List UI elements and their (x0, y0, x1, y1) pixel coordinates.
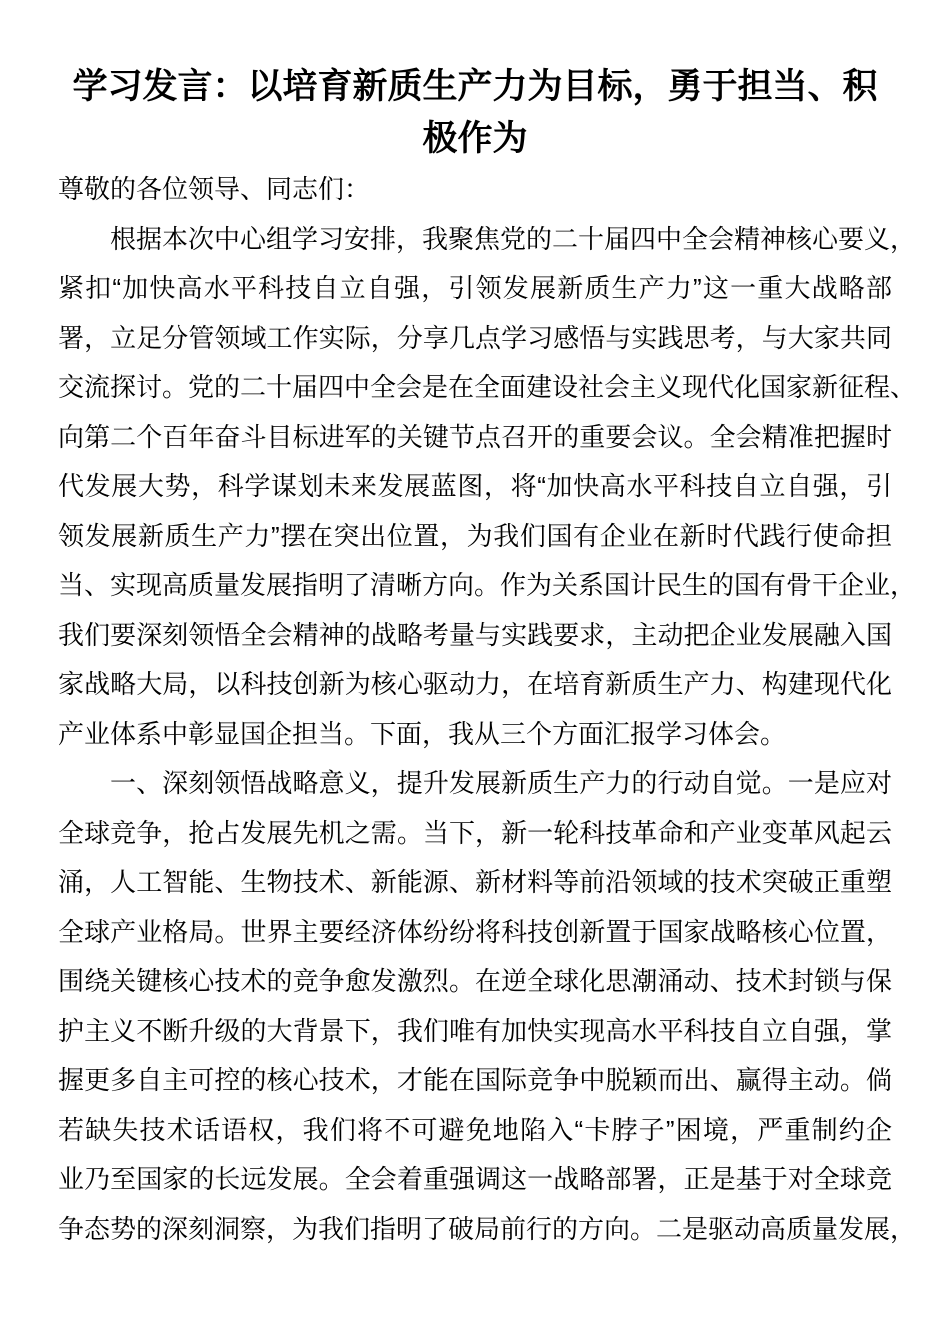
text-line: 一、深刻领悟战略意义，提升发展新质生产力的行动自觉。一是应对 (58, 759, 892, 809)
text-line: 业乃至国家的长远发展。全会着重强调这一战略部署，正是基于对全球竞 (58, 1155, 892, 1205)
text-line: 涌，人工智能、生物技术、新能源、新材料等前沿领域的技术突破正重塑 (58, 858, 892, 908)
text-line: 根据本次中心组学习安排，我聚焦党的二十届四中全会精神核心要义， (58, 215, 892, 265)
text-line: 护主义不断升级的大背景下，我们唯有加快实现高水平科技自立自强，掌 (58, 1007, 892, 1057)
text-line: 握更多自主可控的核心技术，才能在国际竞争中脱颖而出、赢得主动。倘 (58, 1056, 892, 1106)
text-line: 紧扣“加快高水平科技自立自强，引领发展新质生产力”这一重大战略部 (58, 264, 892, 314)
text-line: 全球竞争，抢占发展先机之需。当下，新一轮科技革命和产业变革风起云 (58, 809, 892, 859)
text-line: 交流探讨。党的二十届四中全会是在全面建设社会主义现代化国家新征程、 (58, 363, 892, 413)
greeting-line: 尊敬的各位领导、同志们： (58, 165, 892, 215)
text-line: 当、实现高质量发展指明了清晰方向。作为关系国计民生的国有骨干企业， (58, 561, 892, 611)
text-line: 我们要深刻领悟全会精神的战略考量与实践要求，主动把企业发展融入国 (58, 611, 892, 661)
text-line: 产业体系中彰显国企担当。下面，我从三个方面汇报学习体会。 (58, 710, 892, 760)
text-line: 若缺失技术话语权，我们将不可避免地陷入“卡脖子”困境，严重制约企 (58, 1106, 892, 1156)
text-line: 向第二个百年奋斗目标进军的关键节点召开的重要会议。全会精准把握时 (58, 413, 892, 463)
text-line: 争态势的深刻洞察，为我们指明了破局前行的方向。二是驱动高质量发展， (58, 1205, 892, 1255)
text-line: 围绕关键核心技术的竞争愈发激烈。在逆全球化思潮涌动、技术封锁与保 (58, 957, 892, 1007)
paragraphs: 根据本次中心组学习安排，我聚焦党的二十届四中全会精神核心要义，紧扣“加快高水平科… (58, 215, 892, 1255)
text-line: 代发展大势，科学谋划未来发展蓝图，将“加快高水平科技自立自强，引 (58, 462, 892, 512)
document-title: 学习发言：以培育新质生产力为目标，勇于担当、积极作为 (58, 61, 892, 165)
text-line: 全球产业格局。世界主要经济体纷纷将科技创新置于国家战略核心位置， (58, 908, 892, 958)
text-line: 领发展新质生产力”摆在突出位置，为我们国有企业在新时代践行使命担 (58, 512, 892, 562)
document-page: 学习发言：以培育新质生产力为目标，勇于担当、积极作为 尊敬的各位领导、同志们： … (0, 0, 950, 1344)
text-line: 署，立足分管领域工作实际，分享几点学习感悟与实践思考，与大家共同 (58, 314, 892, 364)
text-line: 家战略大局，以科技创新为核心驱动力，在培育新质生产力、构建现代化 (58, 660, 892, 710)
